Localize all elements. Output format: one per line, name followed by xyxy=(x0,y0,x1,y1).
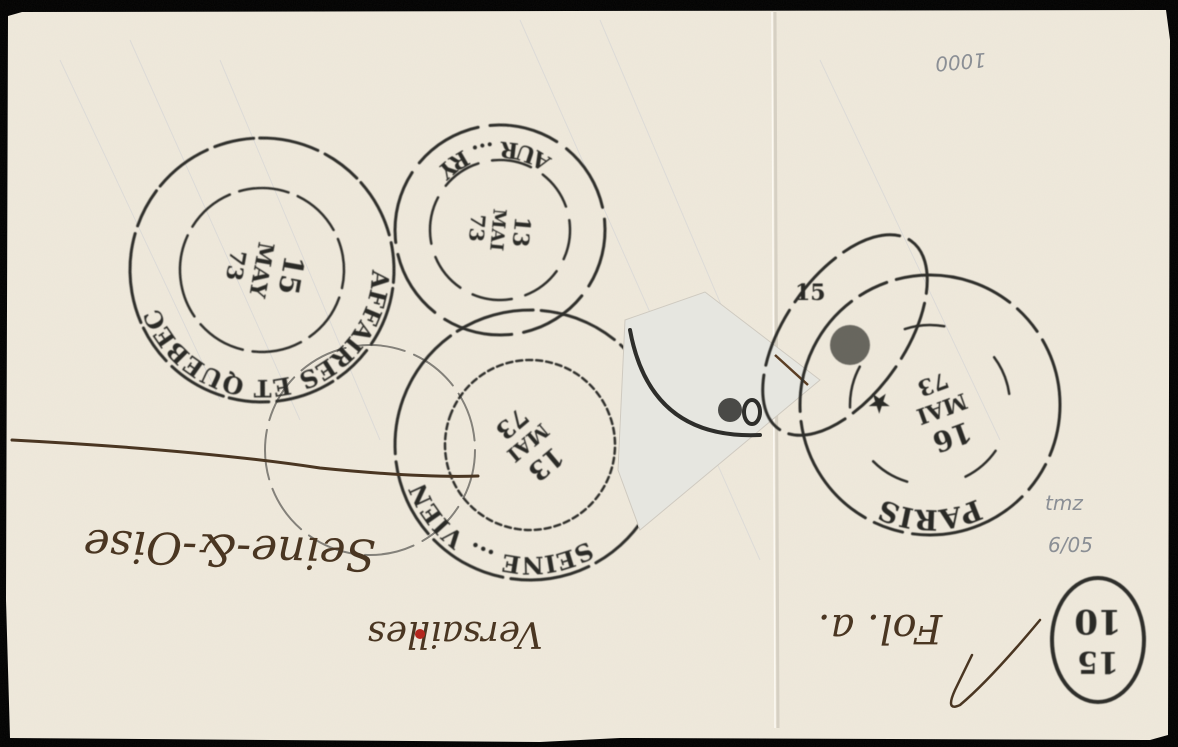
paper-grain xyxy=(0,0,1178,747)
pencil-note-top-right: 1000 xyxy=(934,48,987,76)
svg-text:Fol. a.: Fol. a. xyxy=(818,605,943,651)
red-wax-dot xyxy=(415,629,425,639)
svg-text:13: 13 xyxy=(507,215,536,248)
svg-text:73: 73 xyxy=(464,213,490,243)
flap-ink-blot xyxy=(718,398,742,422)
svg-text:Versailles: Versailles xyxy=(367,613,542,654)
svg-text:1000: 1000 xyxy=(934,48,987,76)
manuscript-seine-et-oise: Seine-&-Oise xyxy=(83,519,377,580)
svg-text:15: 15 xyxy=(1077,644,1119,679)
svg-text:15: 15 xyxy=(271,253,310,297)
svg-text:15: 15 xyxy=(795,280,826,306)
pencil-note-date: 6/05 xyxy=(1048,533,1093,557)
manuscript-versailles: Versailles xyxy=(367,613,542,654)
svg-text:★: ★ xyxy=(868,389,890,418)
manuscript-fol: Fol. a. xyxy=(818,605,943,651)
svg-text:Seine-&-Oise: Seine-&-Oise xyxy=(83,519,377,580)
svg-text:73: 73 xyxy=(220,248,251,283)
pencil-note-tmz: tmz xyxy=(1045,491,1083,515)
cover-scan: AFFAIRES ET QUEBEC 15 MAY 73 AUR ... RY … xyxy=(0,0,1178,747)
svg-text:10: 10 xyxy=(1074,601,1121,641)
